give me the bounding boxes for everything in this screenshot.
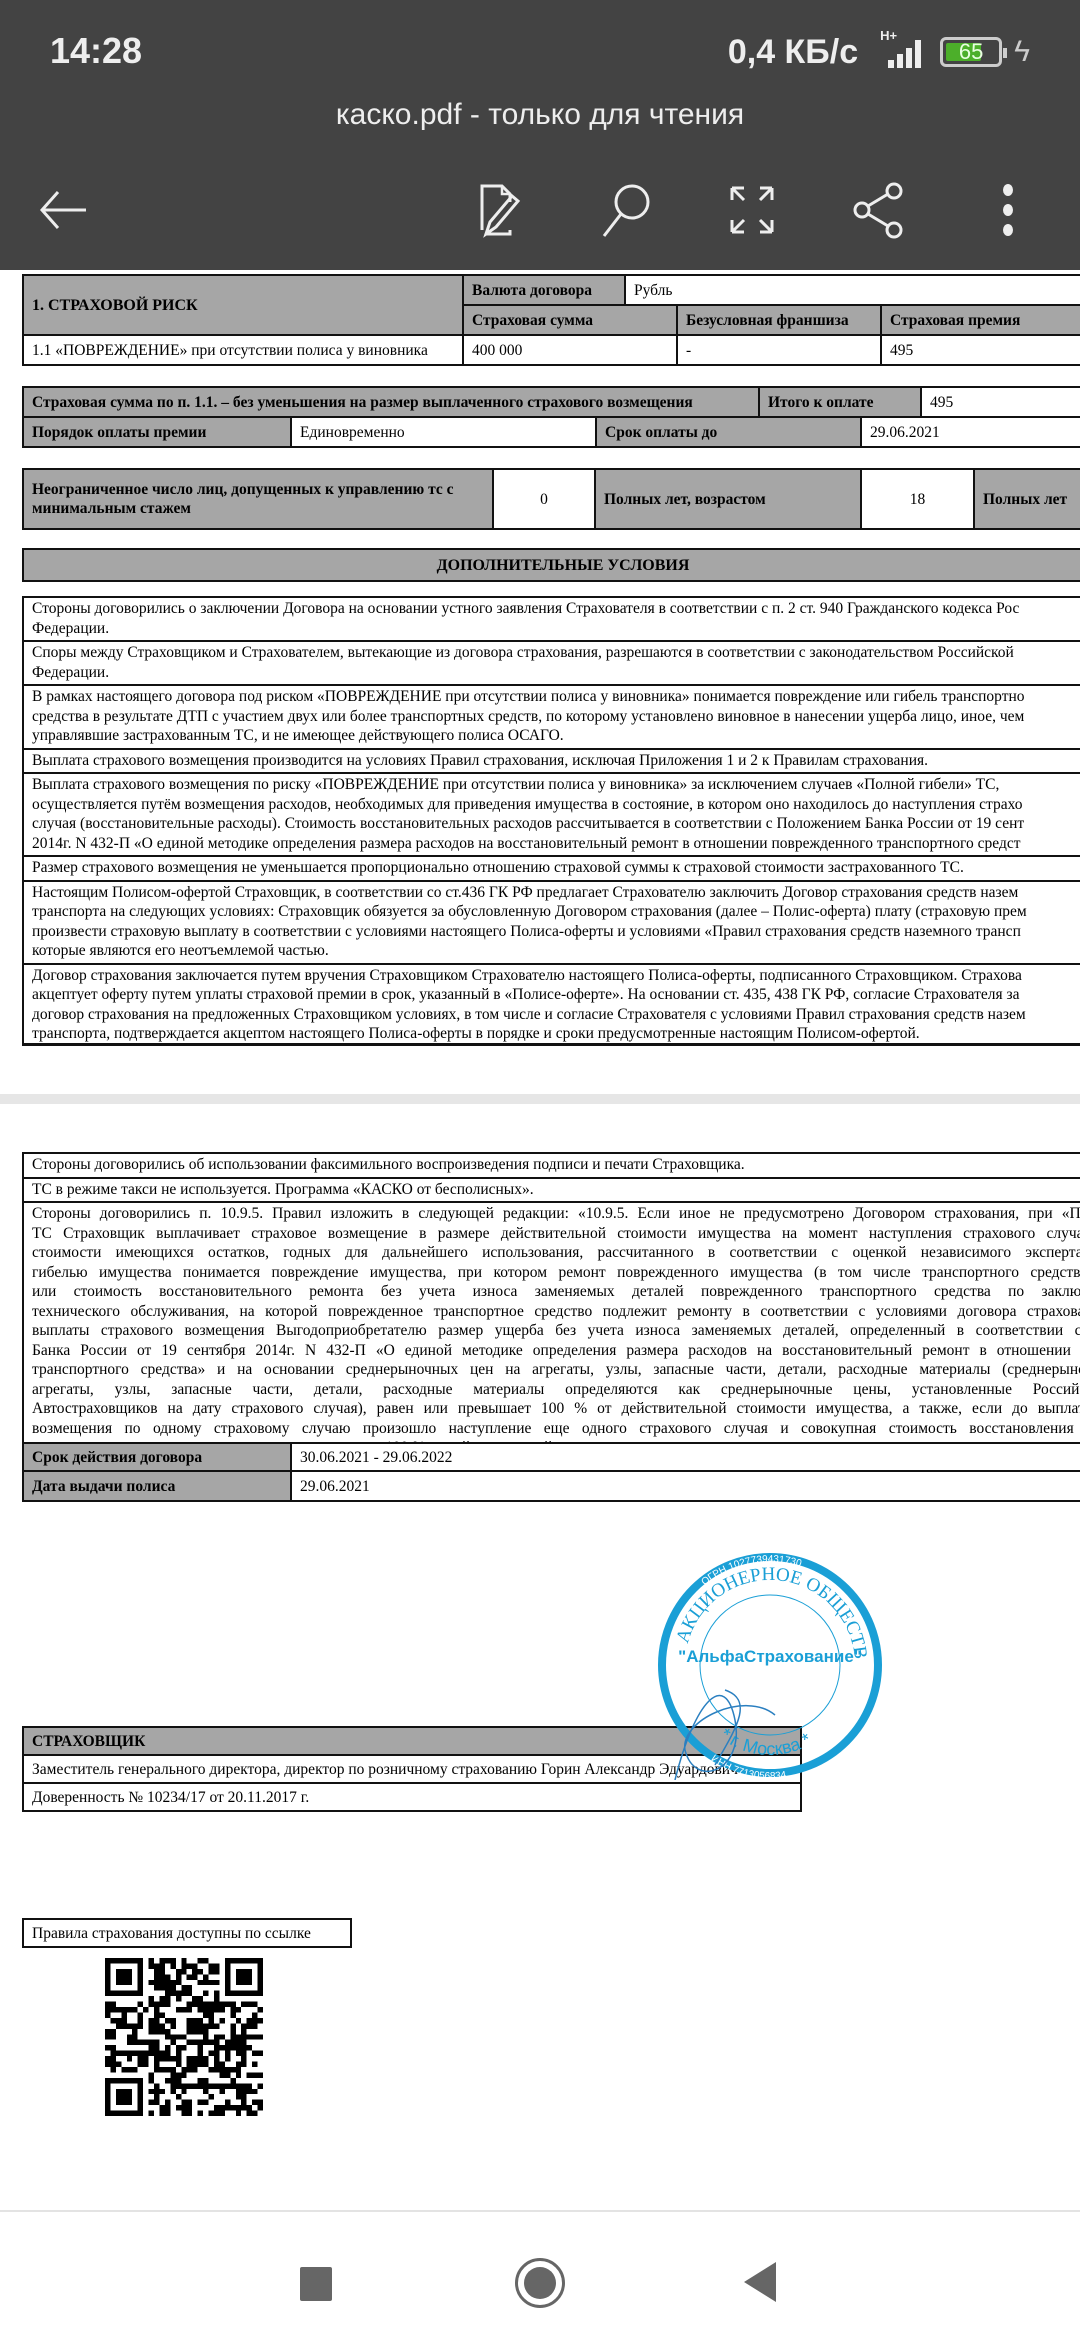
risk-row-premium: 495	[880, 334, 1080, 366]
document-title: каско.pdf - только для чтения	[0, 98, 1080, 132]
edit-document-icon[interactable]	[472, 180, 532, 240]
battery-icon: 65	[940, 37, 1002, 67]
home-button[interactable]	[515, 2258, 565, 2308]
unlimited-drivers-label: Неограниченное число лиц, допущенных к у…	[22, 468, 494, 530]
rules-link-label[interactable]: Правила страхования доступны по ссылке	[22, 1918, 352, 1948]
condition-paragraph: Настоящим Полисом-офертой Страховщик, в …	[22, 880, 1080, 963]
condition-paragraph: Стороны договорились о заключении Догово…	[22, 596, 1080, 640]
svg-text:"АльфаСтрахование": "АльфаСтрахование"	[678, 1647, 862, 1666]
condition-paragraph: Стороны договорились п. 10.9.5. Правил и…	[22, 1201, 1080, 1460]
currency-label: Валюта договора	[462, 274, 626, 306]
more-vert-icon[interactable]	[978, 180, 1038, 240]
status-icons: 0,4 КБ/с H+ 65 ϟ	[728, 30, 1030, 74]
col-deductible-header: Безусловная франшиза	[676, 304, 882, 336]
risk-table-title: 1. СТРАХОВОЙ РИСК	[22, 274, 464, 336]
recents-button[interactable]	[300, 2267, 332, 2301]
qr-code[interactable]	[105, 1958, 263, 2116]
sum-note: Страховая сумма по п. 1.1. – без уменьше…	[22, 386, 760, 418]
col-premium-header: Страховая премия	[880, 304, 1080, 336]
company-stamp: ОГРН 1027739431730 АКЦИОНЕРНОЕ ОБЩЕСТВО …	[655, 1550, 885, 1780]
risk-row-sum: 400 000	[462, 334, 678, 366]
issue-date-value: 29.06.2021	[290, 1470, 1080, 1502]
age-label: Полных лет, возрастом	[594, 468, 862, 530]
battery-percent: 65	[943, 40, 999, 64]
issue-date-label: Дата выдачи полиса	[22, 1470, 292, 1502]
total-label: Итого к оплате	[758, 386, 922, 418]
risk-row-deductible: -	[676, 334, 882, 366]
insurer-power-of-attorney: Доверенность № 10234/17 от 20.11.2017 г.	[22, 1782, 802, 1812]
term-label: Срок действия договора	[22, 1442, 292, 1472]
due-label: Срок оплаты до	[595, 416, 862, 448]
condition-paragraph: ТС в режиме такси не используется. Прогр…	[22, 1177, 1080, 1202]
condition-paragraph: Стороны договорились об использовании фа…	[22, 1152, 1080, 1177]
condition-paragraph: Размер страхового возмещения не уменьшае…	[22, 855, 1080, 880]
system-nav-bar	[0, 2210, 1080, 2340]
status-time: 14:28	[50, 30, 142, 72]
signal-icon: H+	[870, 32, 928, 72]
order-value: Единовременно	[290, 416, 597, 448]
net-speed: 0,4 КБ/с	[728, 33, 858, 72]
page-separator	[0, 1094, 1080, 1104]
years-label: Полных лет	[973, 468, 1080, 530]
due-value: 29.06.2021	[860, 416, 1080, 448]
fullscreen-icon[interactable]	[722, 180, 782, 240]
network-type: H+	[880, 28, 897, 43]
charging-icon: ϟ	[1014, 35, 1030, 69]
condition-paragraph: Договор страхования заключается путем вр…	[22, 963, 1080, 1046]
term-value: 30.06.2021 - 29.06.2022	[290, 1442, 1080, 1472]
app-bar: 14:28 0,4 КБ/с H+ 65 ϟ каско.pdf - тольк…	[0, 0, 1080, 270]
risk-row-name: 1.1 «ПОВРЕЖДЕНИЕ» при отсутствии полиса …	[22, 334, 464, 366]
age-value: 18	[860, 468, 975, 530]
pdf-viewport[interactable]: 1. СТРАХОВОЙ РИСК Валюта договора Рубль …	[0, 270, 1080, 2200]
min-experience-value: 0	[492, 468, 596, 530]
back-arrow-icon[interactable]	[34, 180, 94, 240]
additional-conditions-header: ДОПОЛНИТЕЛЬНЫЕ УСЛОВИЯ	[22, 548, 1080, 582]
total-value: 495	[920, 386, 1080, 418]
svg-text:АКЦИОНЕРНОЕ ОБЩЕСТВО: АКЦИОНЕРНОЕ ОБЩЕСТВО	[655, 1550, 871, 1660]
condition-paragraph: В рамках настоящего договора под риском …	[22, 684, 1080, 748]
share-icon[interactable]	[848, 180, 908, 240]
back-button[interactable]	[744, 2262, 776, 2302]
col-sum-header: Страховая сумма	[462, 304, 678, 336]
order-label: Порядок оплаты премии	[22, 416, 292, 448]
currency-value: Рубль	[624, 274, 1080, 306]
condition-paragraph: Выплата страхового возмещения по риску «…	[22, 772, 1080, 855]
condition-paragraph: Споры между Страховщиком и Страхователем…	[22, 640, 1080, 684]
search-icon[interactable]	[596, 180, 656, 240]
condition-paragraph: Выплата страхового возмещения производит…	[22, 748, 1080, 773]
